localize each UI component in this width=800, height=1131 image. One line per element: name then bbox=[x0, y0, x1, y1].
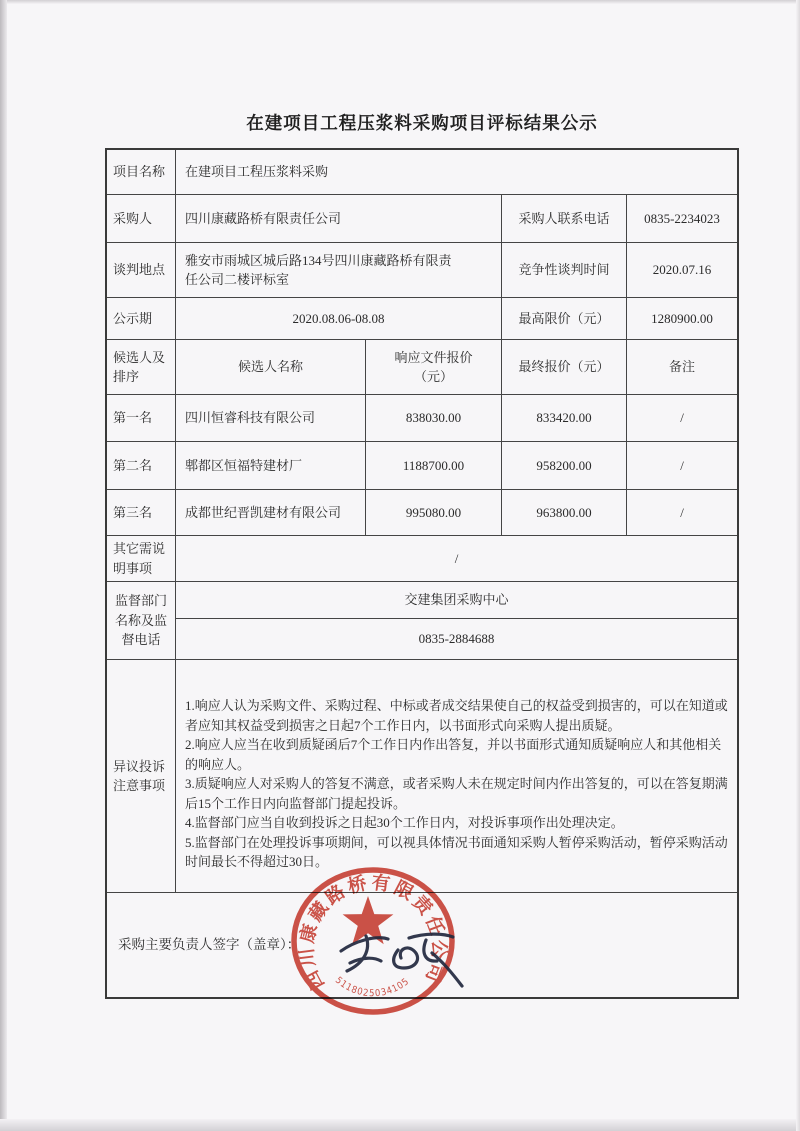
scan-edge-bottom bbox=[0, 1119, 800, 1131]
publicity-period-value: 2020.08.06-08.08 bbox=[176, 298, 502, 340]
scan-edge-right bbox=[796, 0, 800, 1131]
candidate-3-rank: 第三名 bbox=[107, 490, 176, 536]
page-title: 在建项目工程压浆料采购项目评标结果公示 bbox=[105, 110, 739, 135]
scanned-document-page: 在建项目工程压浆料采购项目评标结果公示 项目名称 在建项目工程压浆料采购 采购人… bbox=[0, 0, 800, 1131]
objection-label: 异议投诉 注意事项 bbox=[107, 660, 176, 893]
negotiation-time-value: 2020.07.16 bbox=[627, 243, 737, 298]
header-final-price: 最终报价（元） bbox=[502, 340, 627, 395]
venue-value: 雅安市雨城区城后路134号四川康藏路桥有限责 任公司二楼评标室 bbox=[176, 243, 502, 298]
candidate-1-final: 833420.00 bbox=[502, 395, 627, 442]
candidate-2-note: / bbox=[627, 442, 737, 490]
signature-row: 采购主要负责人签字（盖章）： bbox=[107, 893, 737, 997]
candidate-2-bid: 1188700.00 bbox=[366, 442, 502, 490]
candidate-1-bid: 838030.00 bbox=[366, 395, 502, 442]
header-note: 备注 bbox=[627, 340, 737, 395]
candidate-3-name: 成都世纪晋凯建材有限公司 bbox=[176, 490, 366, 536]
supervision-label: 监督部门名称及监督电话 bbox=[107, 582, 176, 660]
venue-label: 谈判地点 bbox=[107, 243, 176, 298]
supervision-dept: 交建集团采购中心 bbox=[176, 582, 737, 619]
header-bid-price: 响应文件报价 （元） bbox=[366, 340, 502, 395]
negotiation-time-label: 竞争性谈判时间 bbox=[502, 243, 627, 298]
supervision-phone: 0835-2884688 bbox=[176, 619, 737, 660]
purchaser-value: 四川康藏路桥有限责任公司 bbox=[176, 195, 502, 243]
other-matters-label: 其它需说 明事项 bbox=[107, 536, 176, 582]
candidate-3-bid: 995080.00 bbox=[366, 490, 502, 536]
header-candidate-name: 候选人名称 bbox=[176, 340, 366, 395]
candidate-1-note: / bbox=[627, 395, 737, 442]
candidate-2-final: 958200.00 bbox=[502, 442, 627, 490]
max-price-label: 最高限价（元） bbox=[502, 298, 627, 340]
scan-edge-left bbox=[0, 0, 7, 1131]
candidate-3-note: / bbox=[627, 490, 737, 536]
purchaser-phone-value: 0835-2234023 bbox=[627, 195, 737, 243]
publicity-period-label: 公示期 bbox=[107, 298, 176, 340]
header-rank: 候选人及 排序 bbox=[107, 340, 176, 395]
scan-edge-top bbox=[0, 0, 800, 4]
purchaser-phone-label: 采购人联系电话 bbox=[502, 195, 627, 243]
objection-text: 1.响应人认为采购文件、采购过程、中标或者成交结果使自己的权益受到损害的，可以在… bbox=[176, 660, 737, 893]
result-table: 项目名称 在建项目工程压浆料采购 采购人 四川康藏路桥有限责任公司 采购人联系电… bbox=[105, 148, 739, 999]
other-matters-value: / bbox=[176, 536, 737, 582]
purchaser-label: 采购人 bbox=[107, 195, 176, 243]
max-price-value: 1280900.00 bbox=[627, 298, 737, 340]
project-name-label: 项目名称 bbox=[107, 150, 176, 195]
candidate-3-final: 963800.00 bbox=[502, 490, 627, 536]
candidate-1-rank: 第一名 bbox=[107, 395, 176, 442]
candidate-1-name: 四川恒睿科技有限公司 bbox=[176, 395, 366, 442]
project-name-value: 在建项目工程压浆料采购 bbox=[176, 150, 737, 195]
candidate-2-name: 郫都区恒福特建材厂 bbox=[176, 442, 366, 490]
candidate-2-rank: 第二名 bbox=[107, 442, 176, 490]
